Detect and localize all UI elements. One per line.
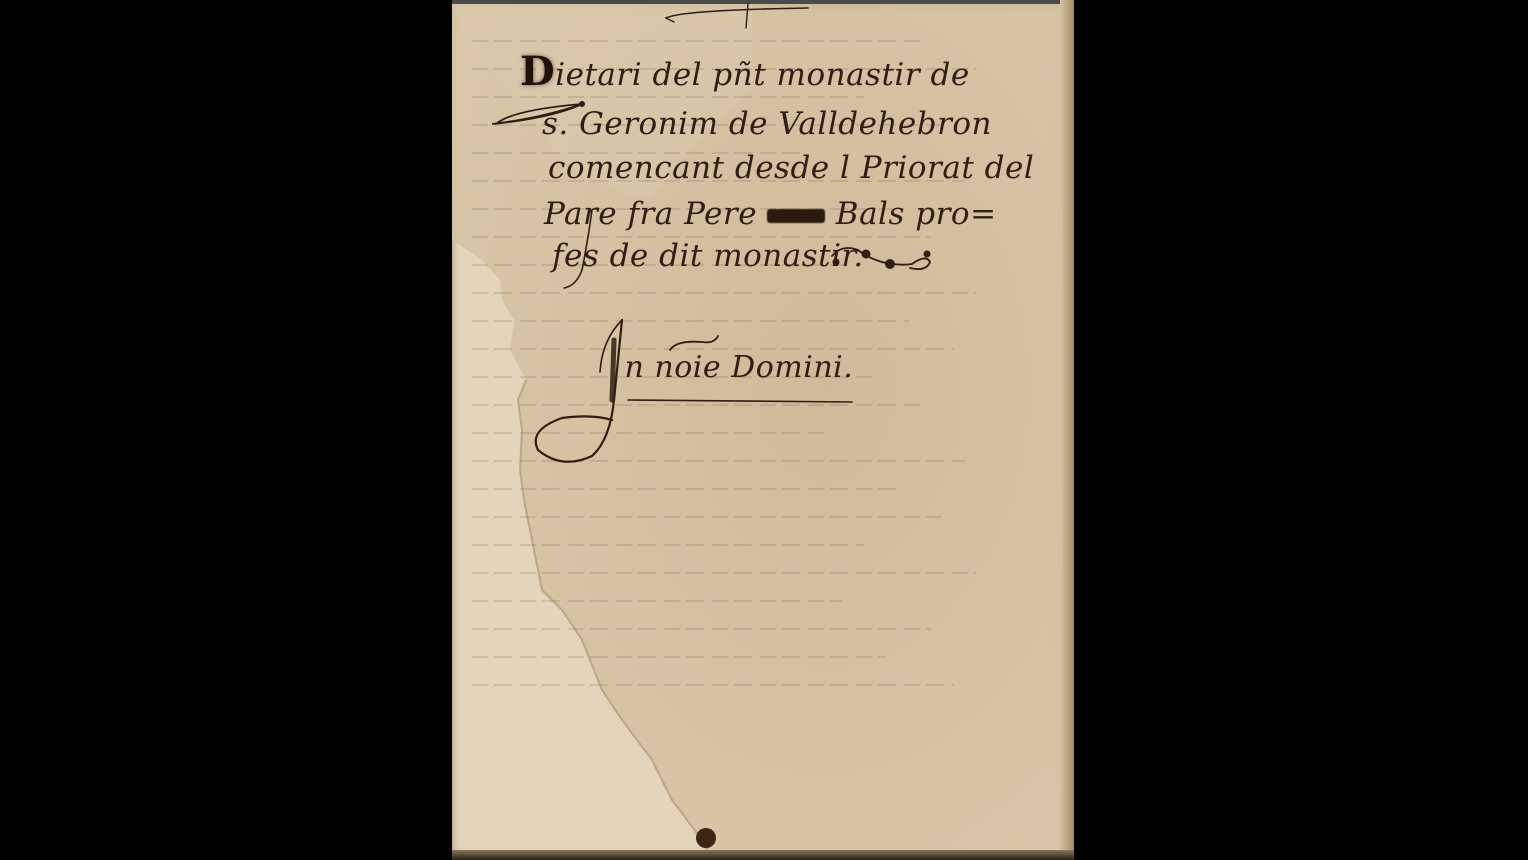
manuscript-page: Dietari del pñt monastir de s. Geronim d… [452, 0, 1074, 860]
page-bottom-edge [452, 850, 1074, 860]
heading-line-3: comencant desde l Priorat del [548, 150, 1034, 186]
heading-line-2: s. Geronim de Valldehebron [542, 106, 992, 142]
heading-line-1: Dietari del pñt monastir de [520, 48, 970, 95]
invocation-text: n noie Domini. [625, 350, 854, 385]
drop-cap-initial: D [520, 48, 555, 95]
heading-line-1-text: ietari del pñt monastir de [555, 57, 970, 93]
heading-line-4-start: Pare fra Pere [544, 196, 757, 232]
heading-line-5: fes de dit monastir. [552, 238, 864, 274]
invocation-line: Jn noie Domini. [612, 350, 853, 385]
image-viewer: Dietari del pñt monastir de s. Geronim d… [0, 0, 1528, 860]
heading-line-4-end: Bals pro= [836, 196, 997, 232]
heading-line-4: Pare fra Pere Pere Bals pro= [544, 196, 997, 232]
struck-out-word: Pere [767, 209, 825, 223]
